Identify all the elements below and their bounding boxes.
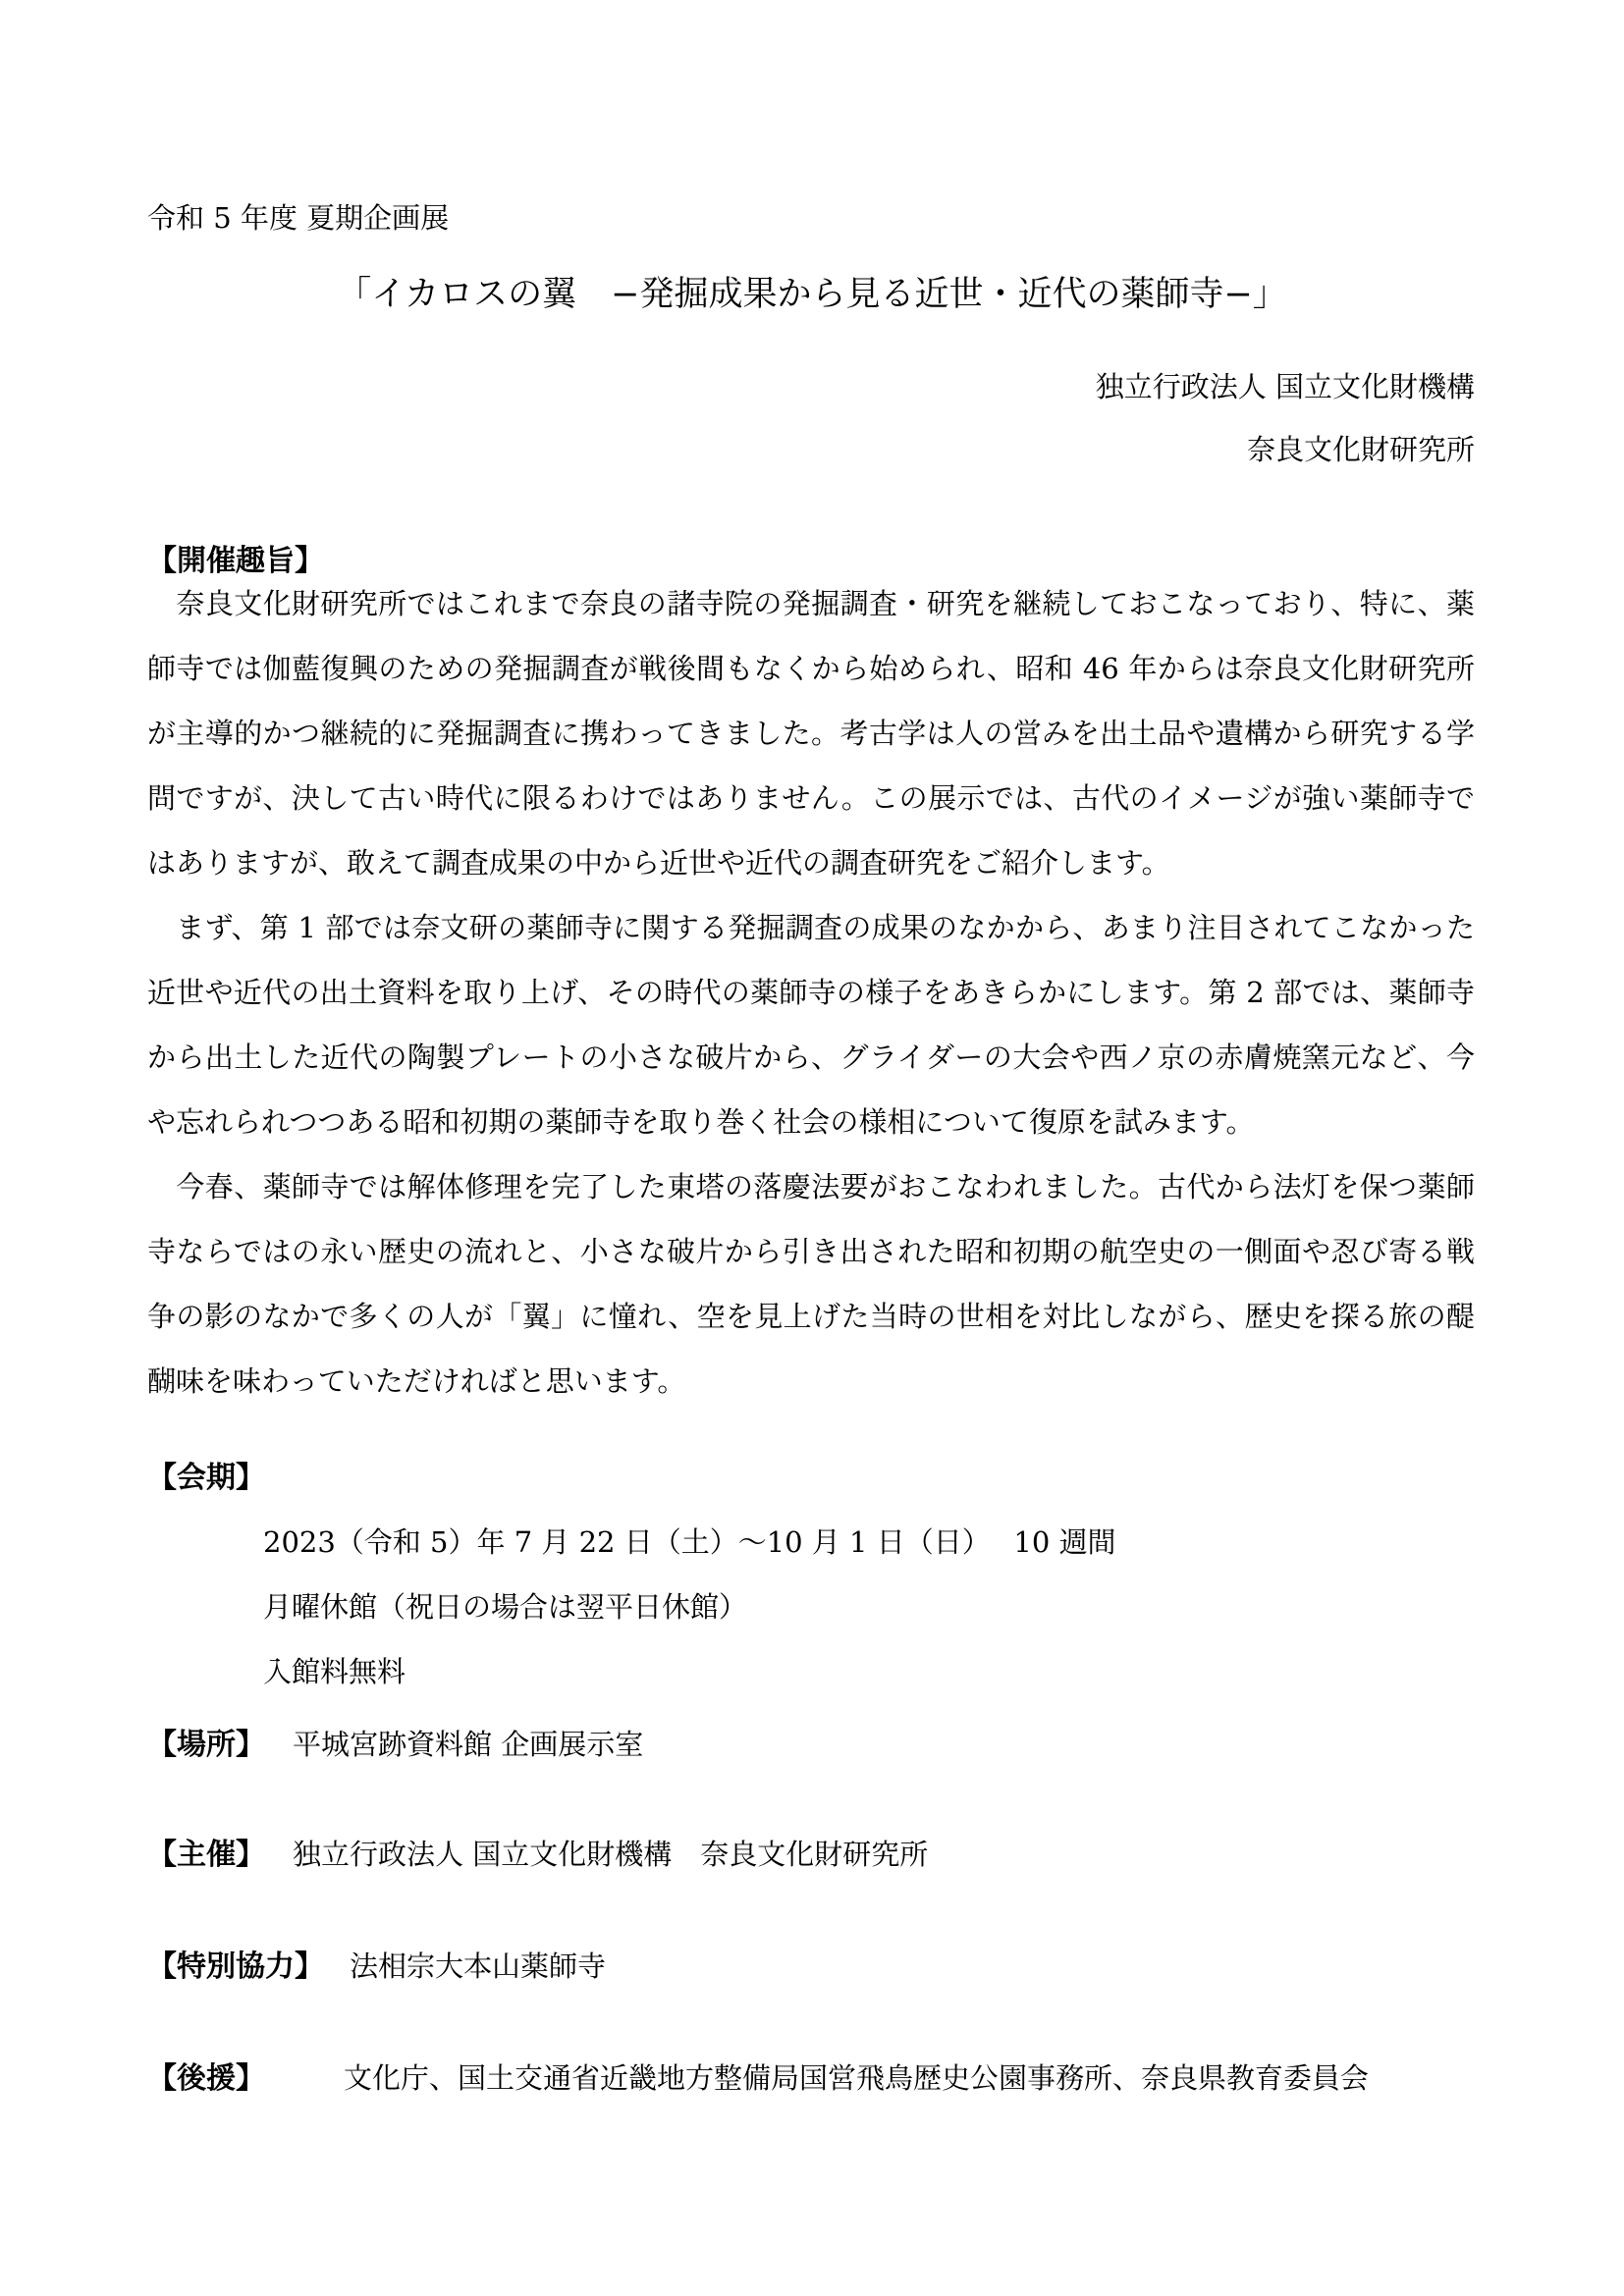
support-label: 【後援】	[147, 2054, 265, 2097]
period-admission-line: 入館料無料	[263, 1639, 1475, 1704]
period-section-heading: 【会期】	[147, 1453, 1475, 1496]
period-section: 【会期】 2023（令和 5）年 7 月 22 日（土）～10 月 1 日（日）…	[147, 1453, 1475, 1704]
organizer-label: 【主催】	[147, 1830, 265, 1873]
purpose-paragraph-3: 今春、薬師寺では解体修理を完了した東塔の落慶法要がおこなわれました。古代から法灯…	[147, 1154, 1475, 1414]
institute-name: 奈良文化財研究所	[1247, 428, 1475, 468]
period-lines: 2023（令和 5）年 7 月 22 日（土）～10 月 1 日（日） 10 週…	[147, 1510, 1475, 1704]
purpose-section-body: 奈良文化財研究所ではこれまで奈良の諸寺院の発掘調査・研究を継続しておこなっており…	[147, 571, 1475, 1414]
support-value: 文化庁、国土交通省近畿地方整備局国営飛鳥歴史公園事務所、奈良県教育委員会	[344, 2056, 1369, 2097]
exhibition-title: 「イカロスの翼 −発掘成果から見る近世・近代の薬師寺−」	[147, 267, 1477, 316]
special-cooperation-label: 【特別協力】	[147, 1942, 324, 1985]
period-closed-days-line: 月曜休館（祝日の場合は翌平日休館）	[263, 1575, 1475, 1639]
organization-name: 独立行政法人 国立文化財機構	[1096, 365, 1475, 405]
special-cooperation-row: 【特別協力】 法相宗大本山薬師寺	[147, 1942, 1542, 1985]
purpose-paragraph-1: 奈良文化財研究所ではこれまで奈良の諸寺院の発掘調査・研究を継続しておこなっており…	[147, 571, 1475, 895]
venue-row: 【場所】 平城宮跡資料館 企画展示室	[147, 1720, 1542, 1763]
purpose-paragraph-2: まず、第 1 部では奈文研の薬師寺に関する発掘調査の成果のなかから、あまり注目さ…	[147, 895, 1475, 1154]
edition-line: 令和 5 年度 夏期企画展	[147, 196, 449, 237]
organizer-row: 【主催】 独立行政法人 国立文化財機構 奈良文化財研究所	[147, 1830, 1542, 1873]
document-page: 令和 5 年度 夏期企画展 「イカロスの翼 −発掘成果から見る近世・近代の薬師寺…	[0, 0, 1624, 2296]
support-row: 【後援】 文化庁、国土交通省近畿地方整備局国営飛鳥歴史公園事務所、奈良県教育委員…	[147, 2054, 1542, 2097]
venue-label: 【場所】	[147, 1720, 265, 1763]
organizer-value: 独立行政法人 国立文化財機構 奈良文化財研究所	[293, 1833, 928, 1873]
special-cooperation-value: 法相宗大本山薬師寺	[350, 1945, 606, 1985]
period-dates-line: 2023（令和 5）年 7 月 22 日（土）～10 月 1 日（日） 10 週…	[263, 1510, 1475, 1575]
venue-value: 平城宮跡資料館 企画展示室	[293, 1723, 643, 1763]
